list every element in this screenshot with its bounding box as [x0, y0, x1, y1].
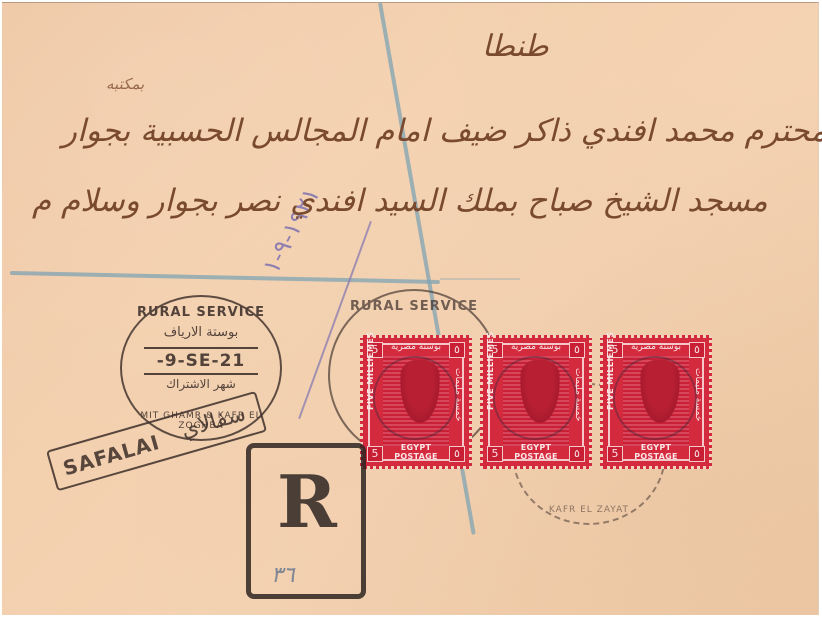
stamp-value-corner-arabic: ٥: [449, 446, 465, 462]
stamp-value-corner-arabic: ٥: [569, 342, 585, 358]
address-line-2: مسجد الشيخ صباح بملك السيد افندي نصر بجو…: [32, 183, 768, 219]
stamp-arabic-country: بوستة مصرية: [625, 342, 687, 352]
postmark-bottom-text: KAFR EL ZAYAT: [514, 505, 664, 515]
stamp-value-corner-arabic: ٥: [689, 342, 705, 358]
address-honorific: بمكتبه: [106, 75, 144, 93]
postmark-date: -9-SE-21: [144, 347, 258, 375]
registration-letter: R: [277, 462, 337, 542]
registration-cachet: R ٣٦: [246, 443, 366, 599]
blue-crayon-horizontal-line: [10, 271, 440, 284]
postage-stamp: 5٥5٥بوستة مصريةFIVE MILLIEMESخمسة مليمات…: [600, 335, 712, 469]
stamp-country: EGYPT POSTAGE: [503, 443, 569, 461]
stamp-cancellation: [493, 356, 577, 440]
postmark-top-text: RURAL SERVICE: [330, 299, 498, 314]
stamp-value-corner: 5: [367, 446, 383, 462]
stamp-value-corner: 5: [607, 446, 623, 462]
stamp-country: EGYPT POSTAGE: [383, 443, 449, 461]
address-line-1: حضرة المحترم محمد افندي ذاكر ضيف امام ال…: [62, 113, 822, 149]
postmark-arabic-bottom: شهر الاشتراك: [122, 377, 280, 391]
stamp-arabic-country: بوستة مصرية: [505, 342, 567, 352]
stamp-value-corner-arabic: ٥: [569, 446, 585, 462]
stamp-value-corner-arabic: ٥: [689, 446, 705, 462]
postmark-top-text: RURAL SERVICE: [122, 305, 280, 320]
stamp-arabic-country: بوستة مصرية: [385, 342, 447, 352]
destination-city: طنطا: [482, 29, 549, 64]
stamp-value-corner-arabic: ٥: [449, 342, 465, 358]
postage-stamp: 5٥5٥بوستة مصريةFIVE MILLIEMESخمسة مليمات…: [480, 335, 592, 469]
envelope: ١٩٢١-٩-١ طنطا بمكتبه حضرة المحترم محمد ا…: [2, 2, 819, 615]
stamp-country: EGYPT POSTAGE: [623, 443, 689, 461]
blue-crayon-horizontal-line-faint: [440, 278, 520, 280]
stamp-value-corner: 5: [487, 446, 503, 462]
registration-number: ٣٦: [271, 563, 295, 588]
stamp-cancellation: [373, 356, 457, 440]
cachet-latin-text: SAFALAI: [60, 430, 162, 480]
postage-stamp: 5٥5٥بوستة مصريةFIVE MILLIEMESخمسة مليمات…: [360, 335, 472, 469]
postmark-arabic-top: بوستة الارياف: [122, 325, 280, 340]
stamp-cancellation: [613, 356, 697, 440]
